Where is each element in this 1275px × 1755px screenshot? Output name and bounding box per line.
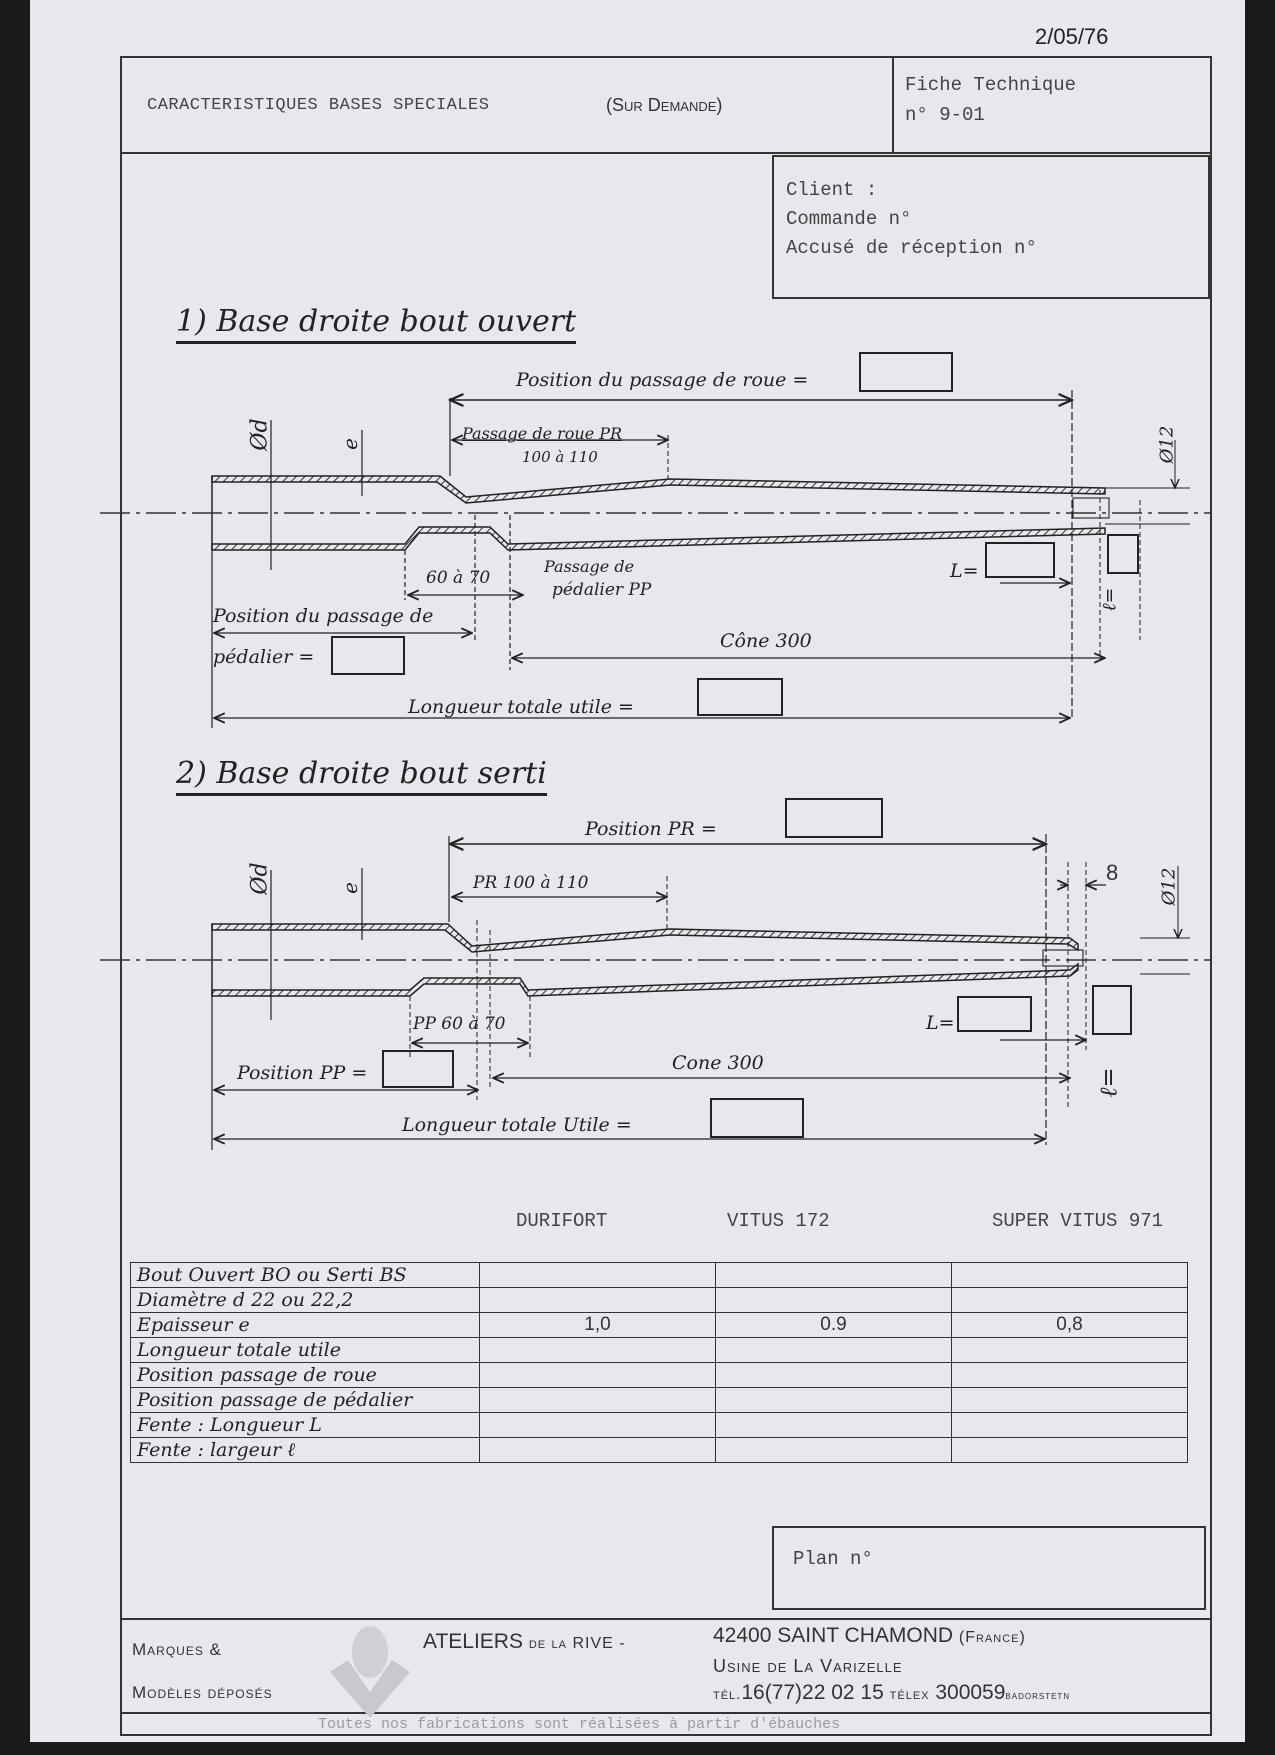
table-cell[interactable] bbox=[480, 1438, 716, 1463]
label-phi12-2: Ø12 bbox=[1158, 868, 1179, 906]
row-label: Fente : largeur ℓ bbox=[131, 1438, 480, 1463]
table-cell[interactable] bbox=[480, 1413, 716, 1438]
footer-divider-bottom bbox=[120, 1712, 1212, 1714]
label-pr-range: PR 100 à 110 bbox=[473, 873, 588, 893]
technical-drawings bbox=[0, 0, 1275, 1755]
label-slot-width-2: ℓ= bbox=[1095, 1067, 1124, 1097]
table-cell[interactable] bbox=[952, 1438, 1188, 1463]
label-phi12: Ø12 bbox=[1156, 426, 1177, 464]
label-slot-width: ℓ= bbox=[1098, 588, 1121, 612]
label-pp-range: PP 60 à 70 bbox=[413, 1014, 506, 1034]
field-slot-width-2[interactable] bbox=[1092, 985, 1132, 1035]
label-passage-pedalier-1: Passage de bbox=[544, 557, 634, 576]
row-label: Diamètre d 22 ou 22,2 bbox=[131, 1288, 480, 1313]
label-position-pr: Position PR = bbox=[585, 818, 717, 840]
label-total-length-2: Longueur totale Utile = bbox=[402, 1114, 632, 1136]
label-range-pp: 60 à 70 bbox=[426, 568, 490, 588]
table-cell[interactable] bbox=[952, 1413, 1188, 1438]
row-label: Longueur totale utile bbox=[131, 1338, 480, 1363]
table-row: Fente : Longueur L bbox=[131, 1413, 1188, 1438]
table-cell[interactable] bbox=[480, 1363, 716, 1388]
address-city: 42400 SAINT CHAMOND bbox=[713, 1624, 953, 1647]
column-header-vitus-172: VITUS 172 bbox=[727, 1210, 830, 1232]
table-cell[interactable] bbox=[480, 1388, 716, 1413]
label-cone: Cône 300 bbox=[720, 630, 812, 652]
table-row: Epaisseur e1,00.90,8 bbox=[131, 1313, 1188, 1338]
footer-contact: tél.16(77)22 02 15 télex 300059badorstet… bbox=[713, 1681, 1070, 1705]
label-passage-pedalier-2: pédalier PP bbox=[552, 580, 651, 600]
row-label: Epaisseur e bbox=[131, 1313, 480, 1338]
table-cell[interactable] bbox=[952, 1363, 1188, 1388]
row-label: Fente : Longueur L bbox=[131, 1413, 480, 1438]
column-header-durifort: DURIFORT bbox=[516, 1210, 607, 1232]
footer-usine: Usine de La Varizelle bbox=[713, 1656, 903, 1677]
column-header-super-vitus-971: SUPER VITUS 971 bbox=[992, 1210, 1163, 1232]
field-slot-length-2[interactable] bbox=[957, 996, 1032, 1032]
field-slot-width[interactable] bbox=[1107, 534, 1139, 574]
label-diameter-2: Ød bbox=[248, 862, 273, 894]
telex-prefix: télex bbox=[890, 1686, 930, 1703]
company-name: ATELIERS bbox=[423, 1630, 523, 1653]
label-passage-roue-range: 100 à 110 bbox=[522, 448, 598, 466]
label-crimp-length: 8 bbox=[1106, 860, 1118, 886]
table-row: Fente : largeur ℓ bbox=[131, 1438, 1188, 1463]
table-cell[interactable] bbox=[716, 1438, 952, 1463]
table-row: Position passage de pédalier bbox=[131, 1388, 1188, 1413]
company-logo-icon bbox=[322, 1622, 418, 1718]
label-slot-length: L= bbox=[950, 560, 979, 582]
footer-marques: Marques & bbox=[132, 1640, 222, 1660]
section-2-title: 2) Base droite bout serti bbox=[176, 756, 547, 796]
label-position-pedalier-1: Position du passage de bbox=[213, 605, 433, 627]
field-position-pp[interactable] bbox=[382, 1050, 454, 1088]
table-cell[interactable] bbox=[952, 1288, 1188, 1313]
label-passage-roue: Passage de roue PR bbox=[462, 424, 622, 443]
spec-table: Bout Ouvert BO ou Serti BSDiamètre d 22 … bbox=[130, 1262, 1188, 1463]
tel-number: 16(77)22 02 15 bbox=[741, 1681, 883, 1704]
table-row: Position passage de roue bbox=[131, 1363, 1188, 1388]
table-cell[interactable]: 0,8 bbox=[952, 1313, 1188, 1338]
field-position-pedalier[interactable] bbox=[331, 636, 405, 675]
table-cell[interactable] bbox=[716, 1363, 952, 1388]
row-label: Position passage de roue bbox=[131, 1363, 480, 1388]
telex-suffix: badorstetn bbox=[1005, 1688, 1070, 1702]
footer-company: ATELIERS de la RIVE - bbox=[423, 1630, 626, 1654]
table-cell[interactable]: 0.9 bbox=[716, 1313, 952, 1338]
row-label: Bout Ouvert BO ou Serti BS bbox=[131, 1263, 480, 1288]
table-cell[interactable] bbox=[716, 1338, 952, 1363]
field-total-length[interactable] bbox=[697, 678, 783, 716]
telex-number: 300059 bbox=[935, 1681, 1005, 1704]
table-cell[interactable] bbox=[716, 1413, 952, 1438]
label-total-length: Longueur totale utile = bbox=[408, 696, 634, 718]
field-position-roue[interactable] bbox=[859, 352, 953, 392]
label-cone-2: Cone 300 bbox=[672, 1052, 764, 1074]
table-cell[interactable] bbox=[716, 1263, 952, 1288]
row-label: Position passage de pédalier bbox=[131, 1388, 480, 1413]
table-row: Bout Ouvert BO ou Serti BS bbox=[131, 1263, 1188, 1288]
footer-divider-top bbox=[120, 1618, 1212, 1620]
table-cell[interactable] bbox=[716, 1388, 952, 1413]
company-suffix: de la RIVE - bbox=[529, 1635, 626, 1652]
table-cell[interactable] bbox=[480, 1263, 716, 1288]
table-cell[interactable]: 1,0 bbox=[480, 1313, 716, 1338]
section-1-title: 1) Base droite bout ouvert bbox=[176, 304, 576, 344]
label-slot-length-2: L= bbox=[926, 1012, 955, 1034]
footer-modeles: Modèles déposés bbox=[132, 1683, 273, 1703]
label-thickness: e bbox=[338, 438, 362, 450]
address-country: (France) bbox=[959, 1629, 1026, 1646]
label-thickness-2: e bbox=[338, 882, 362, 894]
footer-disclaimer: Toutes nos fabrications sont réalisées à… bbox=[318, 1716, 840, 1733]
table-row: Diamètre d 22 ou 22,2 bbox=[131, 1288, 1188, 1313]
table-cell[interactable] bbox=[480, 1288, 716, 1313]
footer-address: 42400 SAINT CHAMOND (France) bbox=[713, 1624, 1026, 1648]
table-cell[interactable] bbox=[952, 1263, 1188, 1288]
tel-prefix: tél. bbox=[713, 1686, 741, 1703]
label-position-roue: Position du passage de roue = bbox=[516, 369, 808, 391]
table-row: Longueur totale utile bbox=[131, 1338, 1188, 1363]
plan-number-field[interactable]: Plan n° bbox=[793, 1548, 873, 1570]
table-cell[interactable] bbox=[952, 1388, 1188, 1413]
table-cell[interactable] bbox=[952, 1338, 1188, 1363]
field-total-length-2[interactable] bbox=[710, 1098, 804, 1138]
table-cell[interactable] bbox=[480, 1338, 716, 1363]
label-position-pedalier-2: pédalier = bbox=[213, 646, 314, 668]
field-position-pr[interactable] bbox=[785, 798, 883, 838]
table-cell[interactable] bbox=[716, 1288, 952, 1313]
label-position-pp: Position PP = bbox=[237, 1062, 367, 1084]
field-slot-length[interactable] bbox=[985, 542, 1055, 578]
label-diameter: Ød bbox=[248, 418, 273, 450]
